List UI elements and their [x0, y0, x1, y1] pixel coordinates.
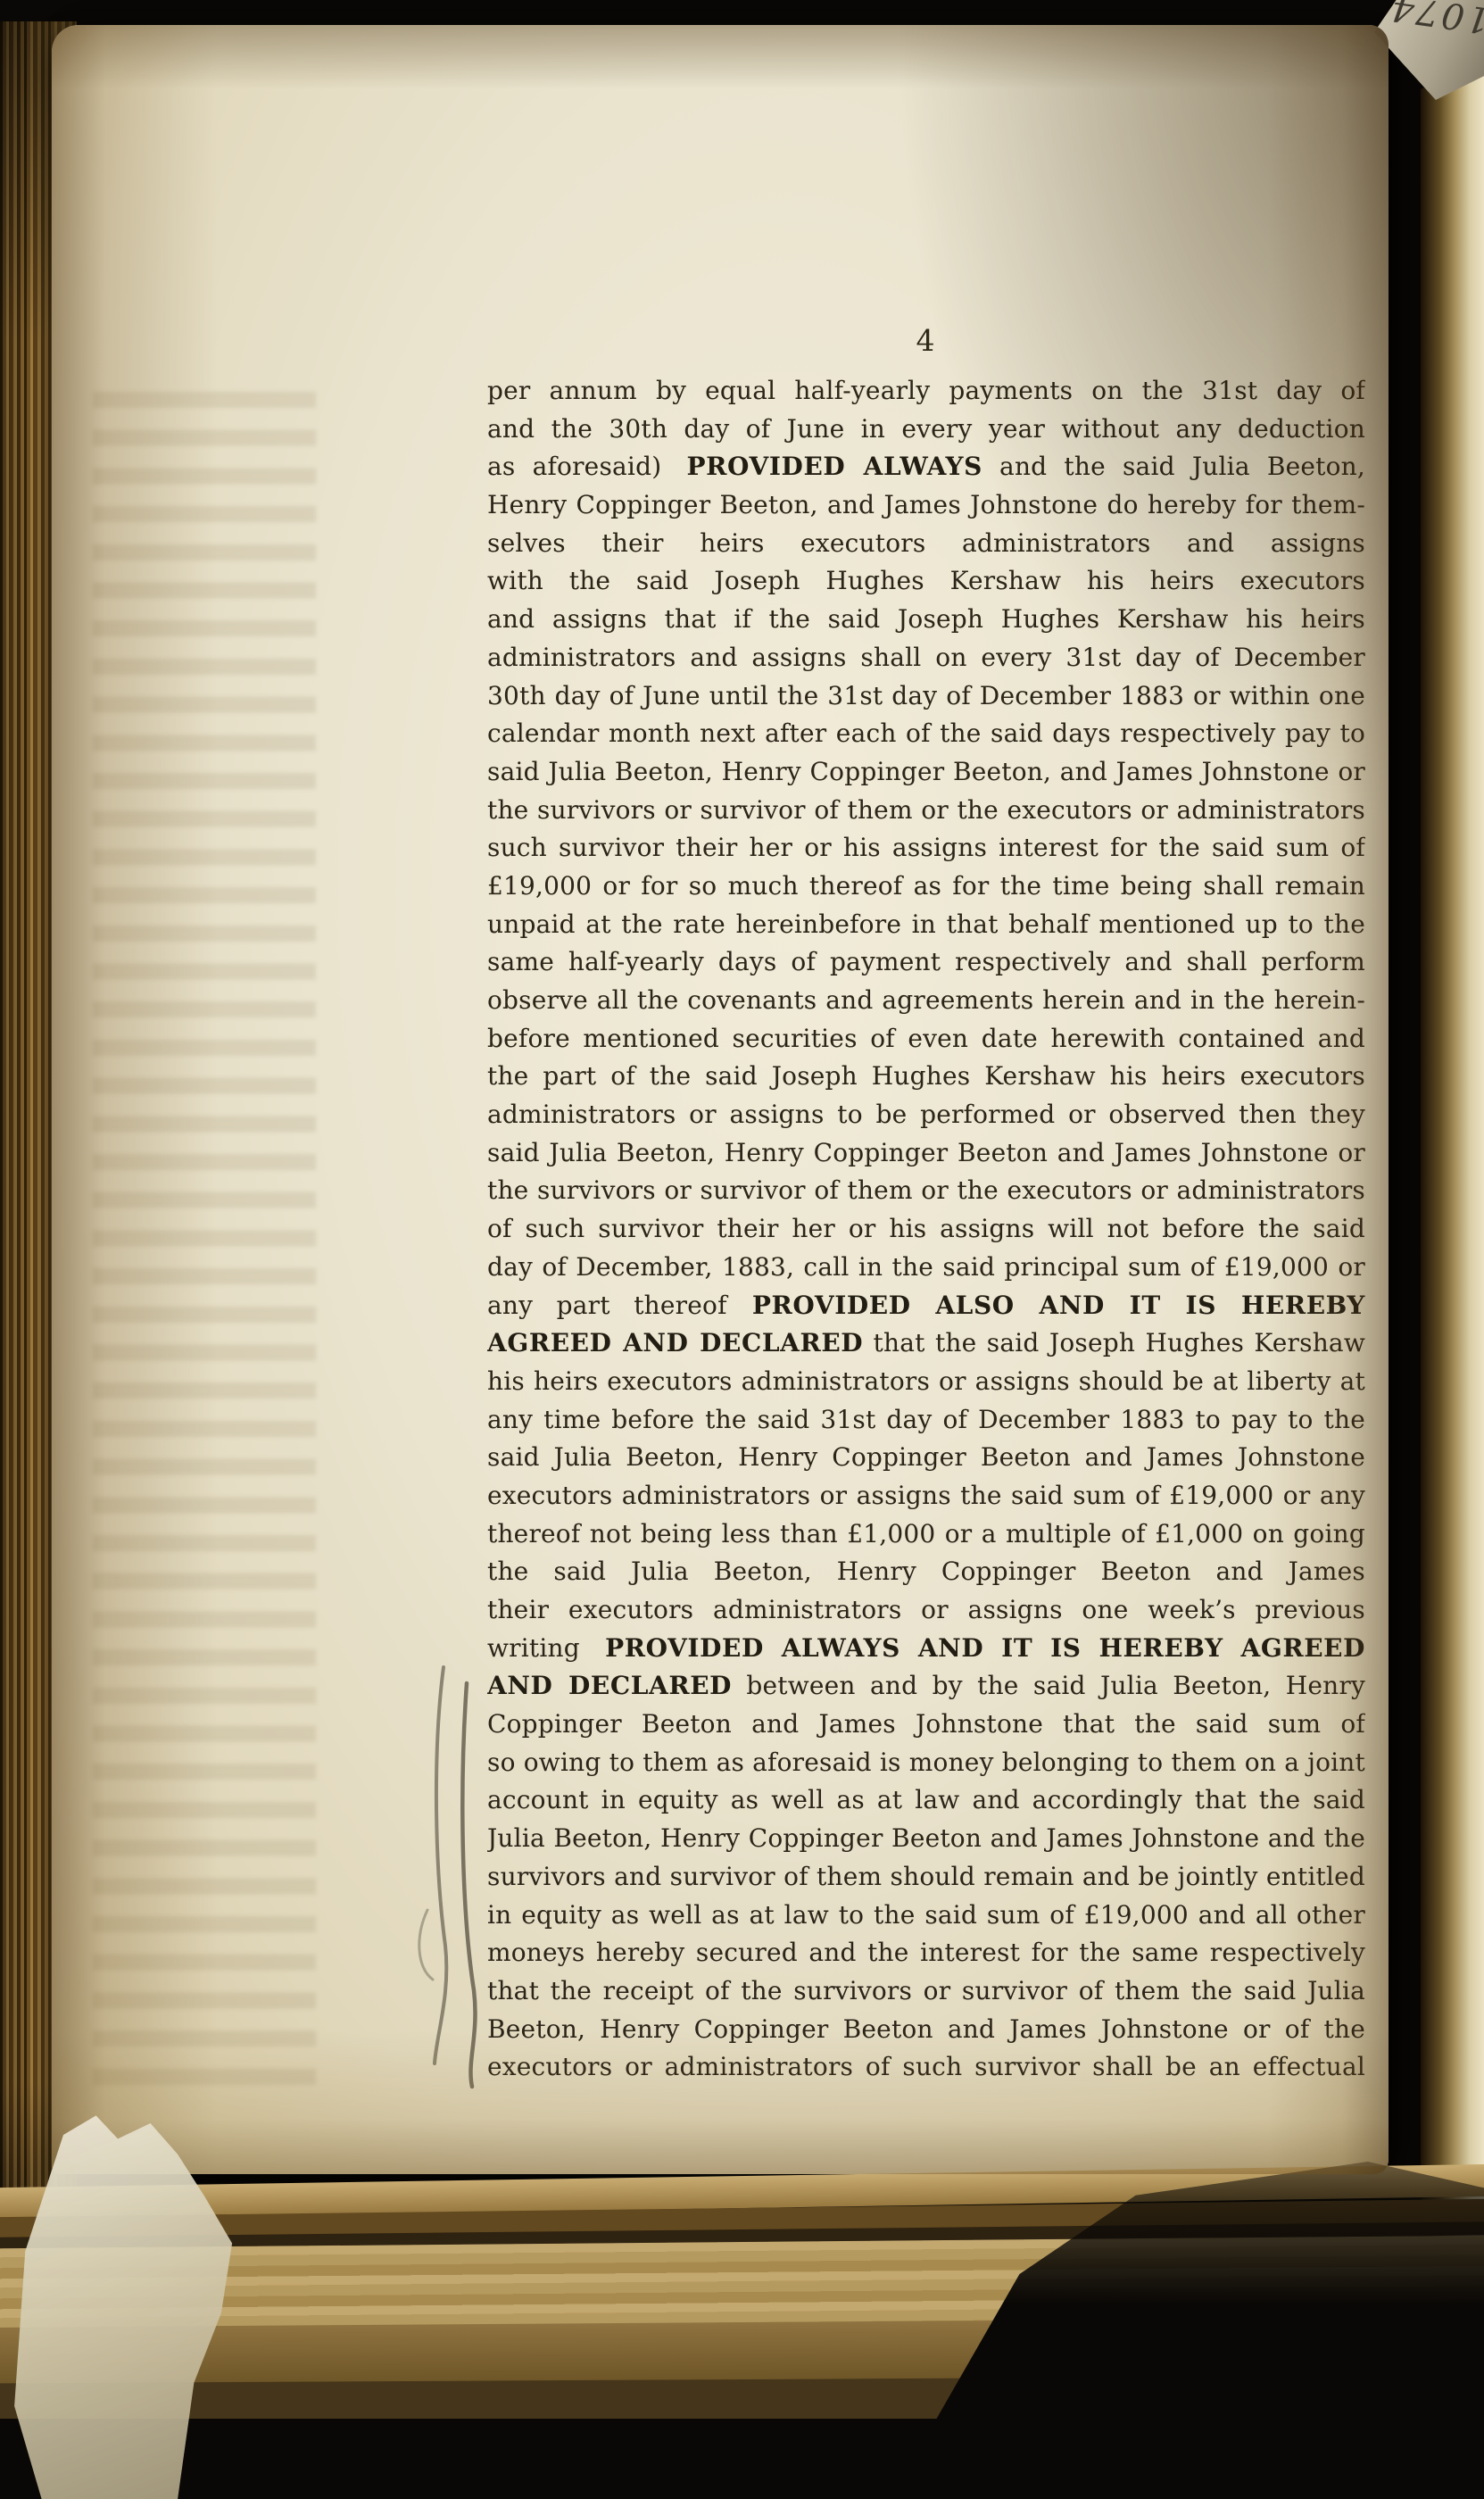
- text-segment: administrators and assigns shall on ever…: [487, 643, 1365, 677]
- text-segment: said Julia Beeton, Henry Coppinger Beeto…: [487, 1138, 1365, 1167]
- text-line: Julia Beeton, Henry Coppinger Beeton and…: [487, 1820, 1365, 1858]
- pencil-margin-marks: [413, 1642, 538, 2106]
- book-scan: 4 per annum by equal half-yearly payment…: [0, 0, 1484, 2499]
- text-line: the part of the said Joseph Hughes Kersh…: [487, 1058, 1365, 1096]
- next-page-edge: [1421, 57, 1484, 2351]
- text-segment: any time before the said 31st day of Dec…: [487, 1405, 1365, 1434]
- text-segment: PROVIDED ALWAYS AND IT IS HEREBY AGREED: [605, 1633, 1365, 1663]
- text-line: account in equity as well as at law and …: [487, 1781, 1365, 1820]
- text-segment: the said Julia Beeton, Henry Coppinger B…: [487, 1557, 1365, 1591]
- text-segment: their executors administrators or assign…: [487, 1595, 1365, 1630]
- handwritten-number: 1074: [1386, 0, 1484, 41]
- text-line: observe all the covenants and agreements…: [487, 982, 1365, 1020]
- text-line: calendar month next after each of the sa…: [487, 715, 1365, 753]
- text-line: thereof not being less than £1,000 or a …: [487, 1515, 1365, 1554]
- text-segment: and the 30th day of June in every year w…: [487, 414, 1365, 449]
- page-number: 4: [487, 323, 1364, 358]
- text-segment: said Julia Beeton, Henry Coppinger Beeto…: [487, 1442, 1365, 1477]
- text-segment: so owing to them as aforesaid is money b…: [487, 1748, 1365, 1777]
- text-line: AND DECLARED between and by the said Jul…: [487, 1667, 1365, 1706]
- text-segment: between and by the said Julia Beeton, He…: [732, 1671, 1365, 1700]
- text-segment: his heirs executors administrators or as…: [487, 1366, 1365, 1396]
- text-segment: that the said Joseph Hughes Kershaw: [863, 1328, 1365, 1357]
- text-line: said Julia Beeton, Henry Coppinger Beeto…: [487, 1134, 1365, 1173]
- text-segment: of such survivor their her or his assign…: [487, 1214, 1365, 1249]
- text-segment: Henry Coppinger Beeton, and James Johnst…: [487, 490, 1365, 519]
- text-line: before mentioned securities of even date…: [487, 1020, 1365, 1059]
- text-line: unpaid at the rate hereinbefore in that …: [487, 906, 1365, 944]
- text-line: so owing to them as aforesaid is money b…: [487, 1744, 1365, 1782]
- text-line: such survivor their her or his assigns i…: [487, 829, 1365, 868]
- text-line: his heirs executors administrators or as…: [487, 1363, 1365, 1401]
- text-segment: executors administrators or assigns the …: [487, 1481, 1365, 1515]
- text-line: any time before the said 31st day of Dec…: [487, 1401, 1365, 1440]
- text-line: executors administrators or assigns the …: [487, 1477, 1365, 1515]
- text-line: AGREED AND DECLARED that the said Joseph…: [487, 1324, 1365, 1363]
- text-segment: the survivors or survivor of them or the…: [487, 1175, 1365, 1205]
- text-line: 30th day of June until the 31st day of D…: [487, 677, 1365, 716]
- text-line: that the receipt of the survivors or sur…: [487, 1972, 1365, 2011]
- text-segment: that the receipt of the survivors or sur…: [487, 1976, 1365, 2005]
- text-segment: any part thereof: [487, 1291, 752, 1320]
- text-line: as aforesaid) PROVIDED ALWAYS and the sa…: [487, 448, 1365, 486]
- text-segment: PROVIDED ALSO AND IT IS HEREBY: [752, 1291, 1365, 1320]
- text-line: Coppinger Beeton and James Johnstone tha…: [487, 1706, 1365, 1744]
- text-segment: thereof not being less than £1,000 or a …: [487, 1519, 1365, 1554]
- text-line: writing PROVIDED ALWAYS AND IT IS HEREBY…: [487, 1630, 1365, 1668]
- text-line: survivors and survivor of them should re…: [487, 1858, 1365, 1897]
- text-segment: selves their heirs executors administrat…: [487, 528, 1365, 558]
- text-line: executors or administrators of such surv…: [487, 2048, 1365, 2087]
- text-segment: such survivor their her or his assigns i…: [487, 833, 1365, 862]
- text-line: Beeton, Henry Coppinger Beeton and James…: [487, 2011, 1365, 2049]
- text-segment: survivors and survivor of them should re…: [487, 1862, 1365, 1891]
- text-segment: account in equity as well as at law and …: [487, 1785, 1365, 1814]
- text-segment: calendar month next after each of the sa…: [487, 718, 1365, 753]
- text-segment: AGREED AND DECLARED: [487, 1328, 863, 1357]
- text-line: selves their heirs executors administrat…: [487, 525, 1365, 563]
- text-segment: 30th day of June until the 31st day of D…: [487, 681, 1365, 710]
- text-line: their executors administrators or assign…: [487, 1591, 1365, 1630]
- text-line: £19,000 or for so much thereof as for th…: [487, 868, 1365, 906]
- text-segment: said Julia Beeton, Henry Coppinger Beeto…: [487, 757, 1365, 786]
- text-segment: Beeton, Henry Coppinger Beeton and James…: [487, 2014, 1365, 2044]
- text-segment: the survivors or survivor of them or the…: [487, 795, 1365, 830]
- text-segment: observe all the covenants and agreements…: [487, 985, 1365, 1015]
- text-segment: with the said Joseph Hughes Kershaw his …: [487, 566, 1365, 601]
- text-line: day of December, 1883, call in the said …: [487, 1249, 1365, 1287]
- text-segment: moneys hereby secured and the interest f…: [487, 1938, 1365, 1972]
- text-line: moneys hereby secured and the interest f…: [487, 1934, 1365, 1972]
- text-segment: as aforesaid): [487, 452, 687, 481]
- text-segment: PROVIDED ALWAYS: [687, 452, 982, 481]
- text-line: and assigns that if the said Joseph Hugh…: [487, 601, 1365, 639]
- bleed-through-text: [93, 384, 316, 2106]
- text-segment: in equity as well as at law to the said …: [487, 1900, 1365, 1930]
- text-line: any part thereof PROVIDED ALSO AND IT IS…: [487, 1287, 1365, 1325]
- text-line: the survivors or survivor of them or the…: [487, 1172, 1365, 1210]
- text-segment: £19,000 or for so much thereof as for th…: [487, 871, 1365, 901]
- text-line: said Julia Beeton, Henry Coppinger Beeto…: [487, 753, 1365, 792]
- text-segment: and assigns that if the said Joseph Hugh…: [487, 604, 1365, 639]
- text-line: of such survivor their her or his assign…: [487, 1210, 1365, 1249]
- text-segment: same half-yearly days of payment respect…: [487, 947, 1365, 982]
- text-segment: day of December, 1883, call in the said …: [487, 1252, 1365, 1282]
- text-line: the survivors or survivor of them or the…: [487, 792, 1365, 830]
- text-segment: per annum by equal half-yearly payments …: [487, 376, 1365, 411]
- text-line: Henry Coppinger Beeton, and James Johnst…: [487, 486, 1365, 525]
- text-segment: Julia Beeton, Henry Coppinger Beeton and…: [487, 1823, 1365, 1853]
- text-segment: administrators or assigns to be performe…: [487, 1100, 1365, 1134]
- text-segment: before mentioned securities of even date…: [487, 1024, 1365, 1059]
- text-segment: Coppinger Beeton and James Johnstone tha…: [487, 1709, 1365, 1744]
- text-block: per annum by equal half-yearly payments …: [487, 372, 1365, 2087]
- text-line: and the 30th day of June in every year w…: [487, 411, 1365, 449]
- text-line: administrators and assigns shall on ever…: [487, 639, 1365, 677]
- text-line: the said Julia Beeton, Henry Coppinger B…: [487, 1553, 1365, 1591]
- text-segment: executors or administrators of such surv…: [487, 2052, 1365, 2081]
- text-segment: and the said Julia Beeton,: [982, 452, 1365, 481]
- text-line: administrators or assigns to be performe…: [487, 1096, 1365, 1134]
- text-line: with the said Joseph Hughes Kershaw his …: [487, 562, 1365, 601]
- text-segment: unpaid at the rate hereinbefore in that …: [487, 909, 1365, 939]
- text-line: per annum by equal half-yearly payments …: [487, 372, 1365, 411]
- text-segment: the part of the said Joseph Hughes Kersh…: [487, 1061, 1365, 1091]
- text-line: same half-yearly days of payment respect…: [487, 943, 1365, 982]
- text-line: said Julia Beeton, Henry Coppinger Beeto…: [487, 1439, 1365, 1477]
- text-line: in equity as well as at law to the said …: [487, 1897, 1365, 1935]
